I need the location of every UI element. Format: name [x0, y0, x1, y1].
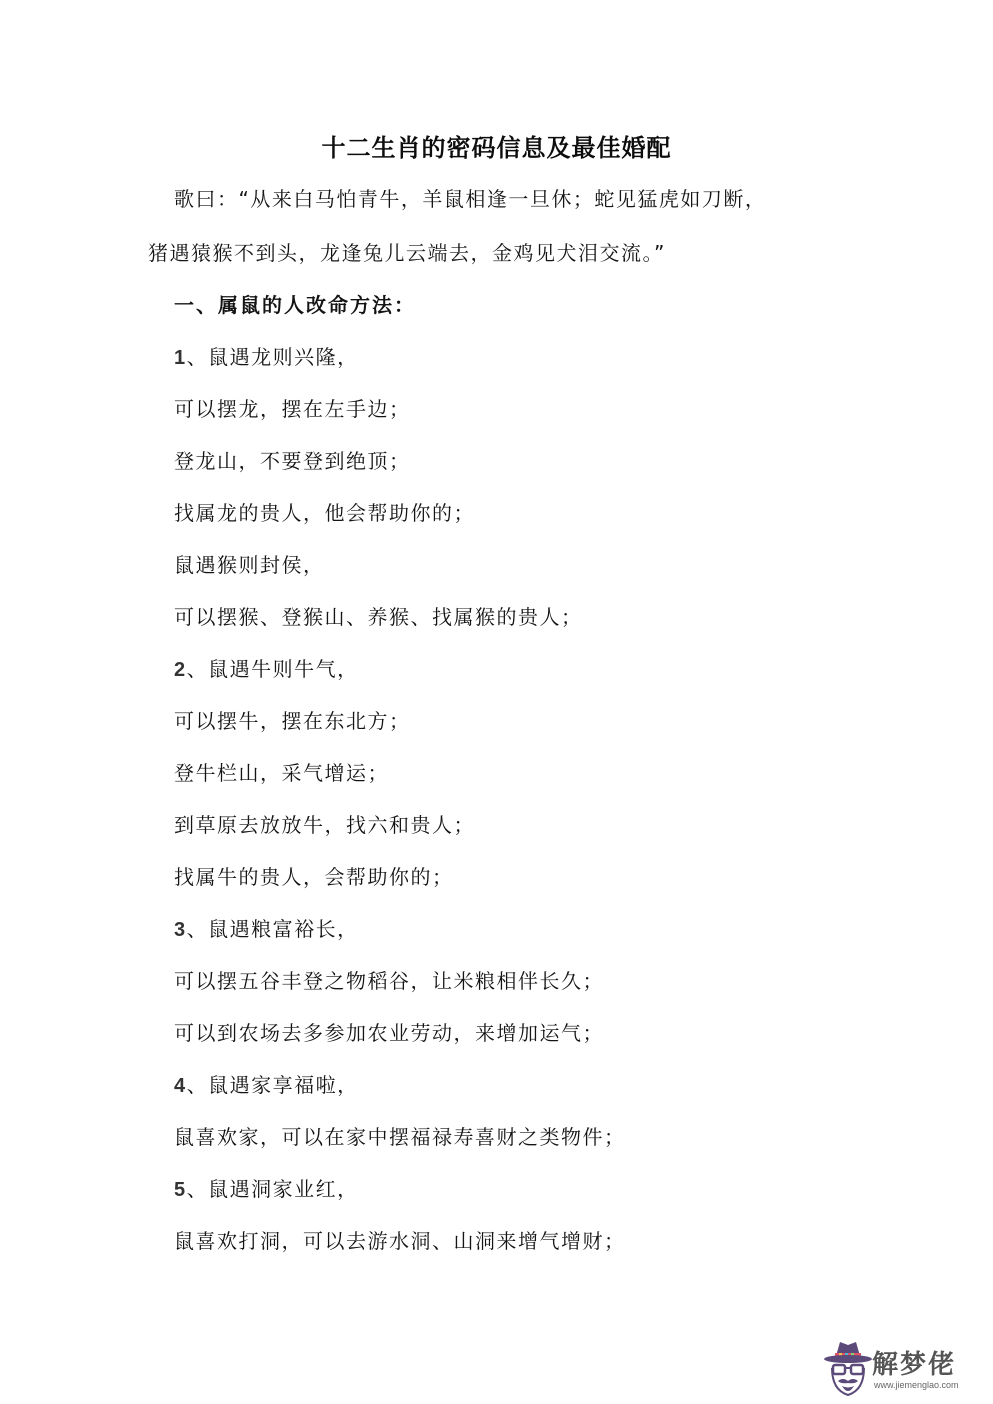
- list-item: 鼠喜欢打洞，可以去游水洞、山洞来增气增财；: [174, 1228, 626, 1254]
- item-number: 4: [174, 1075, 187, 1097]
- list-item: 可以摆牛，摆在东北方；: [174, 708, 411, 734]
- list-item: 3、鼠遇粮富裕长，: [174, 916, 359, 943]
- item-text: 、鼠遇粮富裕长，: [187, 917, 359, 941]
- list-item: 4、鼠遇家享福啦，: [174, 1072, 359, 1099]
- intro-line-1: 歌曰：“从来白马怕青牛，羊鼠相逢一旦休；蛇见猛虎如刀断，: [174, 186, 766, 212]
- watermark: 解梦佬 www.jiemenglao.com: [822, 1338, 982, 1398]
- list-item: 找属龙的贵人，他会帮助你的；: [174, 500, 475, 526]
- list-item: 5、鼠遇洞家业红，: [174, 1176, 359, 1203]
- document-title: 十二生肖的密码信息及最佳婚配: [0, 128, 993, 163]
- hat-glasses-beard-icon: [822, 1338, 874, 1398]
- watermark-name: 解梦佬: [872, 1344, 956, 1381]
- item-text: 、鼠遇家享福啦，: [187, 1073, 359, 1097]
- item-text: 、鼠遇洞家业红，: [187, 1177, 359, 1201]
- list-item: 可以摆猴、登猴山、养猴、找属猴的贵人；: [174, 604, 583, 630]
- section-heading: 一、属鼠的人改命方法：: [174, 292, 416, 318]
- document-page: 十二生肖的密码信息及最佳婚配 歌曰：“从来白马怕青牛，羊鼠相逢一旦休；蛇见猛虎如…: [0, 0, 993, 1404]
- list-item: 登龙山，不要登到绝顶；: [174, 448, 411, 474]
- list-item: 可以到农场去多参加农业劳动，来增加运气；: [174, 1020, 604, 1046]
- intro-line-2: 猪遇猿猴不到头，龙逢兔儿云端去，金鸡见犬泪交流。”: [148, 240, 666, 266]
- list-item: 到草原去放放牛，找六和贵人；: [174, 812, 475, 838]
- item-number: 5: [174, 1179, 187, 1201]
- list-item: 鼠遇猴则封侯，: [174, 552, 325, 578]
- item-number: 3: [174, 919, 187, 941]
- list-item: 2、鼠遇牛则牛气，: [174, 656, 359, 683]
- list-item: 鼠喜欢家，可以在家中摆福禄寿喜财之类物件；: [174, 1124, 626, 1150]
- item-text: 、鼠遇牛则牛气，: [187, 657, 359, 681]
- item-text: 、鼠遇龙则兴隆，: [187, 345, 359, 369]
- item-number: 2: [174, 659, 187, 681]
- list-item: 1、鼠遇龙则兴隆，: [174, 344, 359, 371]
- list-item: 可以摆龙，摆在左手边；: [174, 396, 411, 422]
- list-item: 登牛栏山，采气增运；: [174, 760, 389, 786]
- list-item: 可以摆五谷丰登之物稻谷，让米粮相伴长久；: [174, 968, 604, 994]
- watermark-url: www.jiemenglao.com: [874, 1380, 959, 1390]
- list-item: 找属牛的贵人，会帮助你的；: [174, 864, 454, 890]
- item-number: 1: [174, 347, 187, 369]
